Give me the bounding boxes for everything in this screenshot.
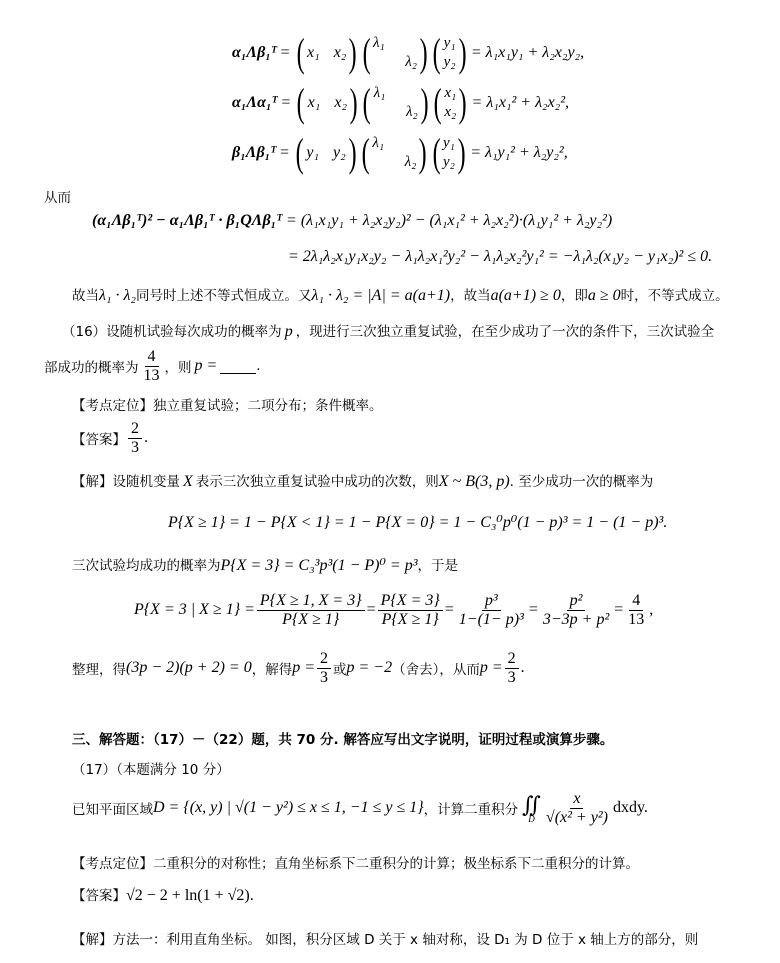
all-success-line: 三次试验均成功的概率为P{X = 3} = C₃³p³(1 − P)⁰ = p³…: [72, 554, 458, 575]
q17-header: （17）（本题满分 10 分）: [72, 758, 230, 778]
q17-statement: 已知平面区域 D = {(x, y) | √(1 − y²) ≤ x ≤ 1, …: [72, 790, 648, 826]
answer-label: 【答案】: [72, 428, 126, 448]
q16-line-2: 部成功的概率为 413 ，则 p = .: [44, 348, 261, 384]
q16-final: 整理，得 (3p − 2)(p + 2) = 0 ，解得 p = 23 或 p …: [72, 650, 525, 686]
matrix-eq-2: α₁Λα₁ᵀ = (x₁x₂) (λ₁λ₂) (x₁x₂) = λ₁x₁² + …: [232, 78, 569, 128]
q17-kaodian: 【考点定位】二重积分的对称性；直角坐标系下二重积分的计算；极坐标系下二重积分的计…: [72, 852, 639, 872]
kaodian-label: 【考点定位】: [72, 398, 153, 414]
section-3-heading: 三、解答题：（17）－（22）题，共 70 分. 解答应写出文字说明，证明过程或…: [72, 728, 613, 748]
q16-line-1: （16）设随机试验每次成功的概率为p，现进行三次独立重复试验，在至少成功了一次的…: [62, 320, 714, 341]
q17-jie: 【解】方法一：利用直角坐标。 如图，积分区域 D 关于 x 轴对称，设 D₁ 为…: [72, 928, 698, 948]
derivation-line-1: (α₁Λβ₁ᵀ)² − α₁Λβ₁ᵀ · β₁QΛβ₁ᵀ = (λ₁x₁y₁ +…: [92, 212, 612, 230]
conditional-prob-eq: P{X = 3 | X ≥ 1} = P{X ≥ 1, X = 3}P{X ≥ …: [134, 592, 653, 628]
q16-kaodian: 【考点定位】独立重复试验；二项分布；条件概率。: [72, 394, 383, 414]
q17-answer: 【答案】√2 − 2 + ln(1 + √2).: [72, 884, 254, 905]
eq-at-least-one: P{X ≥ 1} = 1 − P{X < 1} = 1 − P{X = 0} =…: [168, 512, 667, 532]
derivation-line-2: = 2λ₁λ₂x₁y₁x₂y₂ − λ₁λ₂x₁²y₂² − λ₁λ₂x₂²y₁…: [288, 248, 712, 266]
answer-blank: [220, 359, 256, 374]
q16-answer: 【答案】 23 .: [72, 420, 148, 456]
q15-conclusion: 故当λ₁ · λ₂同号时上述不等式恒成立。又λ₁ · λ₂ = |A| = a(…: [72, 284, 729, 305]
q16-jie: 【解】设随机变量X表示三次独立重复试验中成功的次数，则X ~ B(3, p). …: [72, 470, 653, 491]
matrix-eq-3: β₁Λβ₁ᵀ = (y₁y₂) (λ₁λ₂) (y₁y₂) = λ₁y₁² + …: [232, 128, 568, 178]
matrix-eq-rhs: = λ₁x₁y₁ + λ₂x₂y₂,: [471, 44, 584, 62]
jie-label: 【解】: [72, 474, 113, 490]
matrix-eq-lhs: α₁Λβ₁ᵀ: [232, 44, 277, 62]
thus-label: 从而: [44, 186, 71, 206]
matrix-eq-1: α₁Λβ₁ᵀ = (x₁x₂) (λ₁λ₂) (y₁y₂) = λ₁x₁y₁ +…: [232, 28, 584, 78]
